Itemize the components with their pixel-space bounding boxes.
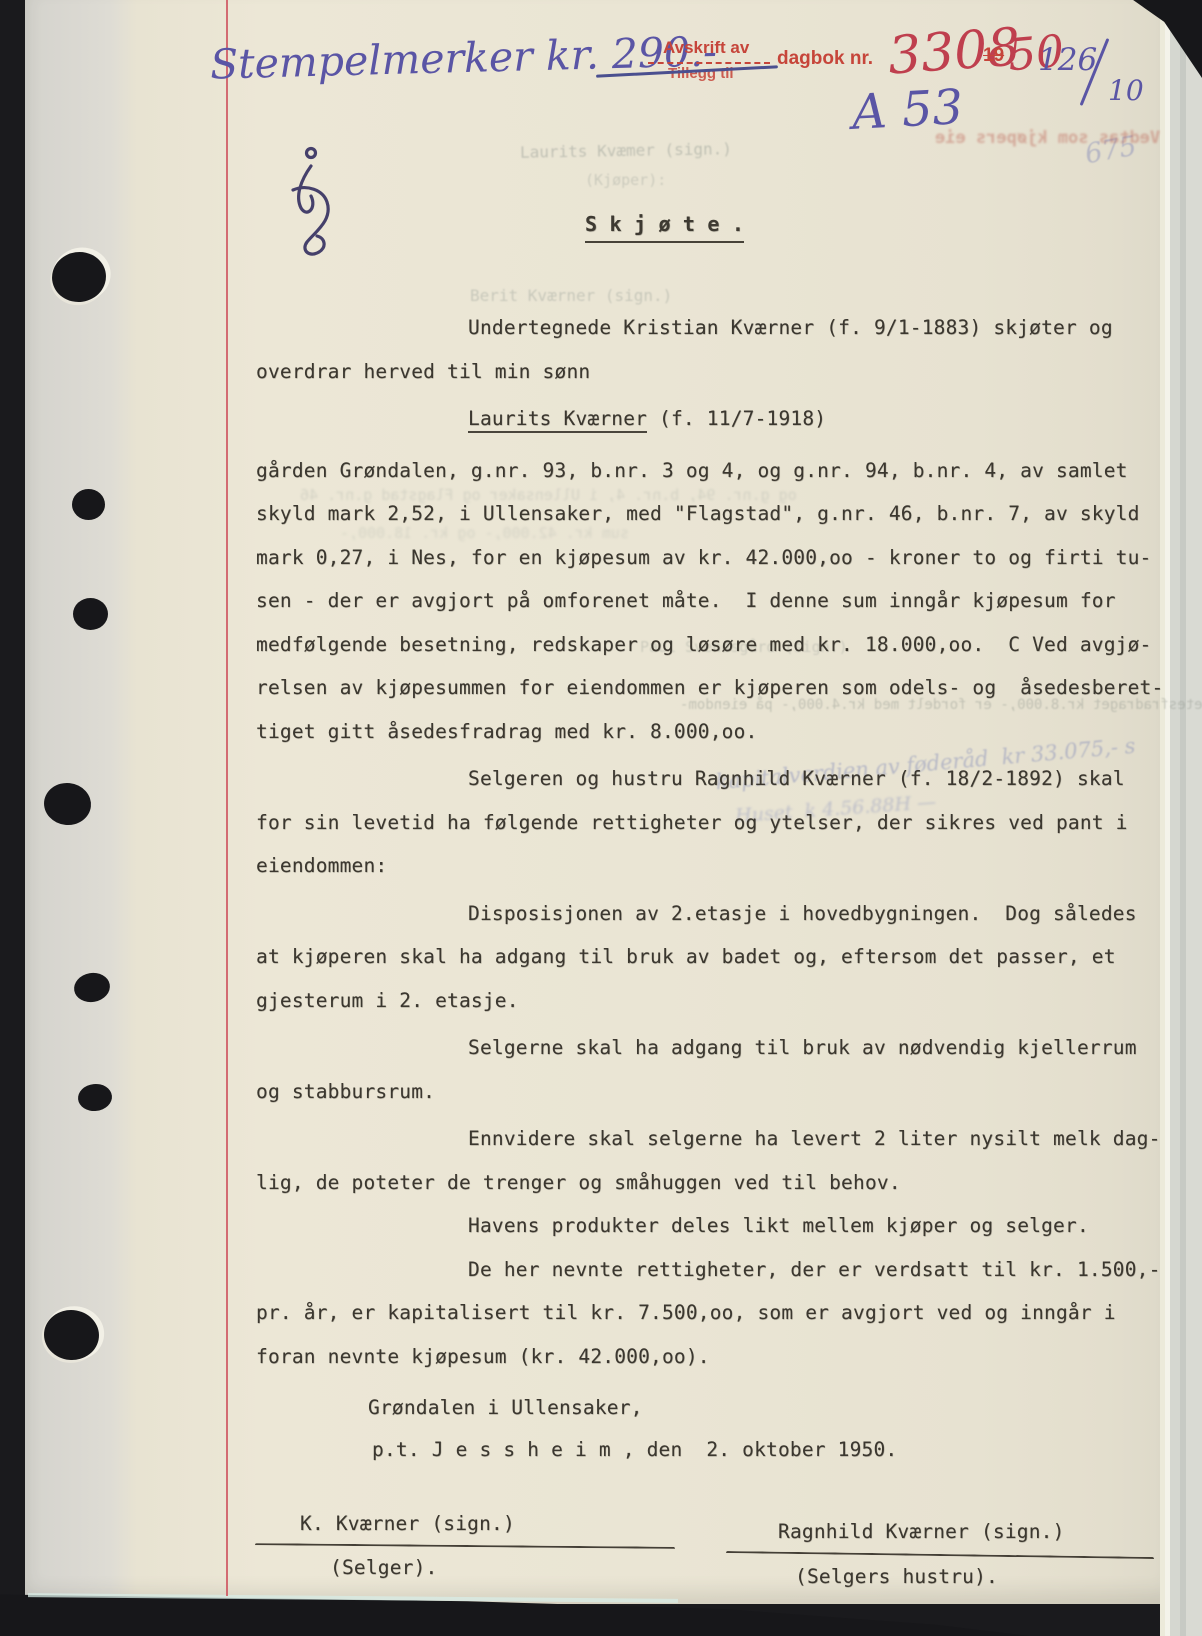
body-line: sen - der er avgjort på omforenet måte. … (256, 579, 1166, 623)
clerk-paraph-mark (281, 146, 343, 264)
body-line: at kjøperen skal ha adgang til bruk av b… (256, 935, 1166, 979)
avskrift-av-stamp: Avskrift av (663, 38, 749, 58)
body-line: pr. år, er kapitalisert til kr. 7.500,oo… (256, 1291, 1166, 1335)
seller-role: (Selger). (330, 1556, 437, 1579)
body-line: Ennvidere skal selgerne ha levert 2 lite… (256, 1117, 1166, 1161)
scanned-document: Laurits Kvæmer (sign.)(Kjøper):675Berit … (0, 0, 1202, 1636)
body-line: tiget gitt åsedesfradrag med kr. 8.000,o… (256, 710, 1166, 754)
body-line: Undertegnede Kristian Kværner (f. 9/1-18… (256, 306, 1166, 350)
date-fraction-denominator: 10 (1108, 74, 1144, 107)
deed-title: S k j ø t e . (585, 212, 744, 243)
dagbok-nr-stamp: dagbok nr. (777, 48, 873, 70)
body-line: relsen av kjøpesummen for eiendommen er … (256, 666, 1166, 710)
body-line: for sin levetid ha følgende rettigheter … (256, 801, 1166, 845)
dateline-place: Grøndalen i Ullensaker, (368, 1396, 643, 1419)
body-line: Laurits Kværner (f. 11/7-1918) (256, 397, 1166, 441)
red-margin-line (226, 0, 228, 1596)
seller-wife-signature: Ragnhild Kværner (sign.) (778, 1520, 1065, 1543)
body-line: eiendommen: (256, 844, 1166, 888)
stamp-dashed-line (648, 62, 770, 64)
year-19-print: 19 (983, 45, 1004, 67)
body-line: overdrar herved til min sønn (256, 350, 1166, 394)
dateline-date: p.t. J e s s h e i m , den 2. oktober 19… (372, 1438, 897, 1461)
body-line: Selgeren og hustru Ragnhild Kværner (f. … (256, 757, 1166, 801)
underlined-name: Laurits Kværner (468, 407, 647, 433)
body-line: gården Grøndalen, g.nr. 93, b.nr. 3 og 4… (256, 449, 1166, 493)
body-line: foran nevnte kjøpesum (kr. 42.000,oo). (256, 1335, 1166, 1379)
deed-body: Undertegnede Kristian Kværner (f. 9/1-18… (256, 306, 1166, 1378)
body-line: gjesterum i 2. etasje. (256, 979, 1166, 1023)
body-line: skyld mark 2,52, i Ullensaker, med "Flag… (256, 492, 1166, 536)
body-line: Havens produkter deles likt mellem kjøpe… (256, 1204, 1166, 1248)
punch-hole (72, 489, 105, 520)
date-fraction-numerator: 126 (1038, 42, 1097, 78)
seller-signature: K. Kværner (sign.) (300, 1512, 515, 1535)
body-line: mark 0,27, i Nes, for en kjøpesum av kr.… (256, 536, 1166, 580)
body-line: medfølgende besetning, redskaper og løsø… (256, 623, 1166, 667)
adjacent-page-edge (1160, 0, 1202, 1636)
punch-hole (73, 598, 108, 630)
seller-wife-role: (Selgers hustru). (795, 1565, 998, 1588)
body-line: De her nevnte rettigheter, der er verdsa… (256, 1248, 1166, 1292)
body-line: Disposisjonen av 2.etasje i hovedbygning… (256, 892, 1166, 936)
body-line: og stabbursrum. (256, 1070, 1166, 1114)
journal-code: A 53 (851, 79, 965, 141)
body-line: lig, de poteter de trenger og småhuggen … (256, 1161, 1166, 1205)
body-line: Selgerne skal ha adgang til bruk av nødv… (256, 1026, 1166, 1070)
